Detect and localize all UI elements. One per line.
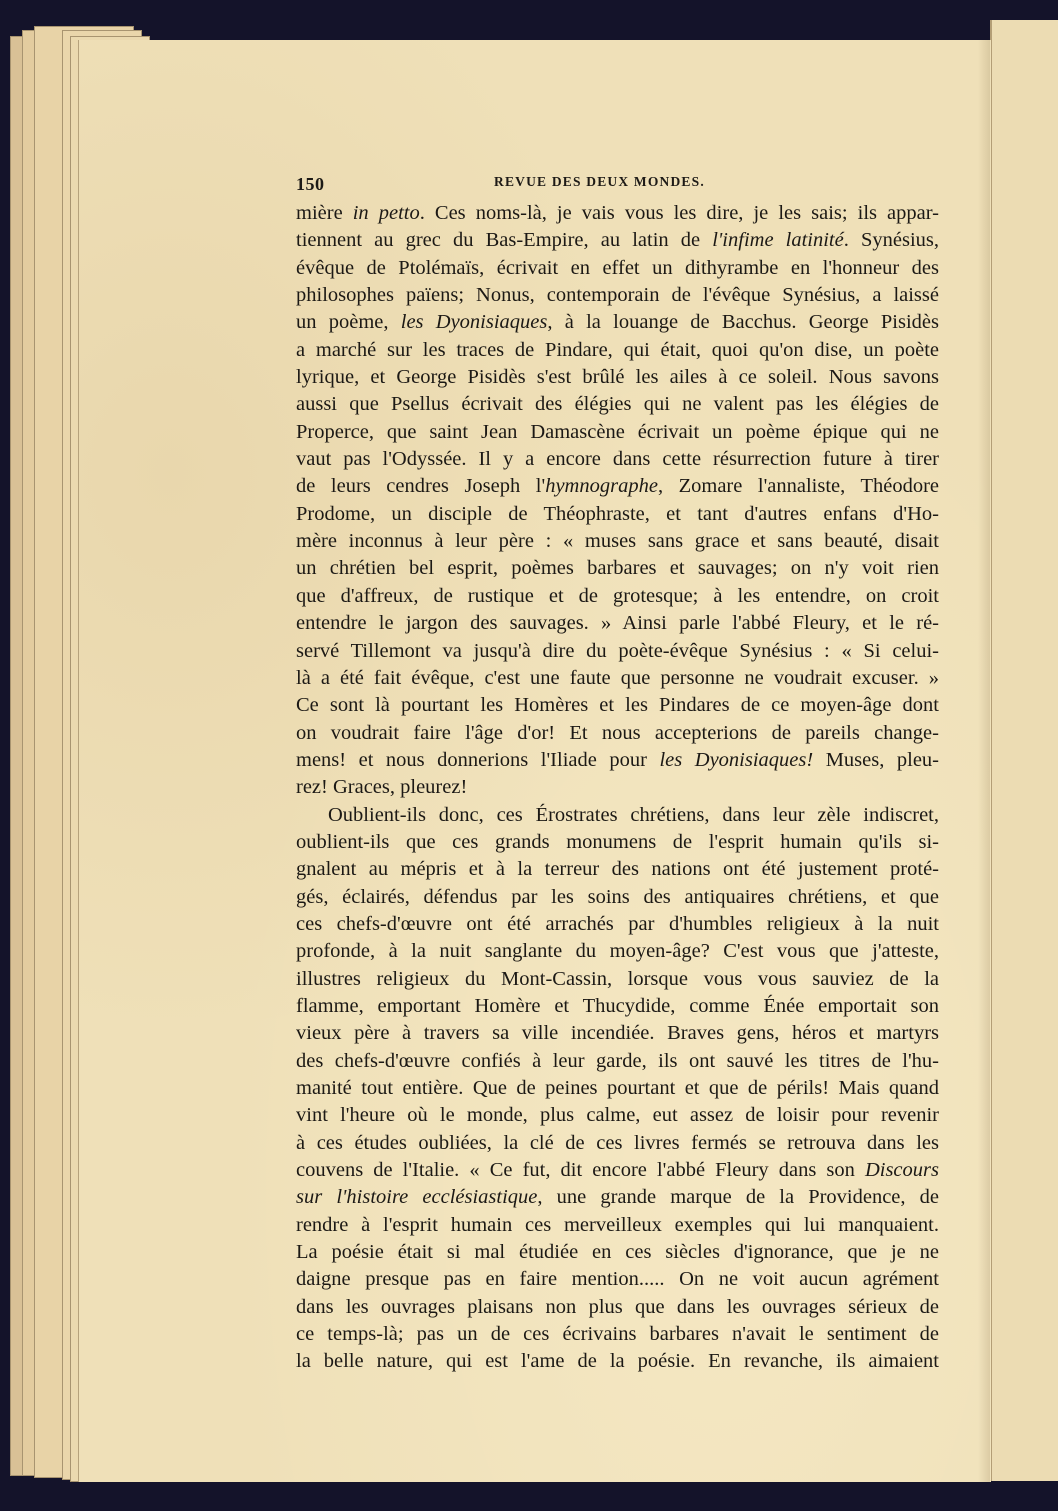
text-segment: manité tout entière. Que de peines pourt… <box>296 1077 939 1099</box>
italic-text: les Dyonisiaques <box>401 311 548 333</box>
text-segment: a marché sur les traces de Pindare, qui … <box>296 339 939 361</box>
text-segment: gés, éclairés, défendus par les soins de… <box>296 886 939 908</box>
text-segment: entendre le jargon des sauvages. » Ainsi… <box>296 612 939 634</box>
text-segment: flamme, emportant Homère et Thucydide, c… <box>296 995 939 1017</box>
text-segment: vint l'heure où le monde, plus calme, eu… <box>296 1104 939 1126</box>
italic-text: hymnographe <box>545 475 658 497</box>
text-segment: vaut pas l'Odyssée. Il y a encore dans c… <box>296 448 939 470</box>
text-segment: on voudrait faire l'âge d'or! Et nous ac… <box>296 722 939 744</box>
text-segment: mère inconnus à leur père : « muses sans… <box>296 530 939 552</box>
text-line: oublient-ils que ces grands monumens de … <box>296 829 939 856</box>
text-segment: ce temps-là; pas un de ces écrivains bar… <box>296 1323 939 1345</box>
text-line: mens! et nous donnerions l'Iliade pour l… <box>296 747 939 774</box>
text-segment: Prodome, un disciple de Théophraste, et … <box>296 503 939 525</box>
gutter-shadow <box>978 40 990 1482</box>
text-segment: un poème, <box>296 311 401 333</box>
text-line: mère inconnus à leur père : « muses sans… <box>296 528 939 555</box>
text-segment: là a été fait évêque, c'est une faute qu… <box>296 667 939 689</box>
text-line: rendre à l'esprit humain ces merveilleux… <box>296 1212 939 1239</box>
text-line: vieux père à travers sa ville incendiée.… <box>296 1020 939 1047</box>
text-line: des chefs-d'œuvre confiés à leur garde, … <box>296 1048 939 1075</box>
text-line: ces chefs-d'œuvre ont été arrachés par d… <box>296 911 939 938</box>
text-line: profonde, à la nuit sanglante du moyen-â… <box>296 938 939 965</box>
body-text: mière in petto. Ces noms-là, je vais vou… <box>296 200 939 1376</box>
text-line: La poésie était si mal étudiée en ces si… <box>296 1239 939 1266</box>
italic-text: in petto <box>353 202 420 224</box>
text-line: à ces études oubliées, la clé de ces liv… <box>296 1130 939 1157</box>
text-line: couvens de l'Italie. « Ce fut, dit encor… <box>296 1157 939 1184</box>
text-segment: gnalent au mépris et à la terreur des na… <box>296 858 939 880</box>
text-line: daigne presque pas en faire mention.....… <box>296 1266 939 1293</box>
facing-page-edge <box>990 20 1058 1481</box>
italic-text: sur l'histoire ecclésiastique <box>296 1186 537 1208</box>
text-segment: des chefs-d'œuvre confiés à leur garde, … <box>296 1050 939 1072</box>
text-line: vint l'heure où le monde, plus calme, eu… <box>296 1102 939 1129</box>
text-line: lyrique, et George Pisidès s'est brûlé l… <box>296 364 939 391</box>
text-segment: vieux père à travers sa ville incendiée.… <box>296 1022 939 1044</box>
text-segment: daigne presque pas en faire mention.....… <box>296 1268 939 1290</box>
text-segment: La poésie était si mal étudiée en ces si… <box>296 1241 939 1263</box>
text-segment: rendre à l'esprit humain ces merveilleux… <box>296 1214 939 1236</box>
text-segment: illustres religieux du Mont-Cassin, lors… <box>296 968 939 990</box>
text-line: un poème, les Dyonisiaques, à la louange… <box>296 309 939 336</box>
text-line: Oublient-ils donc, ces Érostrates chréti… <box>296 802 939 829</box>
text-segment: aussi que Psellus écrivait des élégies q… <box>296 393 939 415</box>
text-line: gnalent au mépris et à la terreur des na… <box>296 856 939 883</box>
text-line: manité tout entière. Que de peines pourt… <box>296 1075 939 1102</box>
text-segment: mière <box>296 202 353 224</box>
text-segment: , à la louange de Bacchus. George Pisidè… <box>547 311 939 333</box>
text-segment: couvens de l'Italie. « Ce fut, dit encor… <box>296 1159 865 1181</box>
text-line: que d'affreux, de rustique et de grotesq… <box>296 583 939 610</box>
text-line: Ce sont là pourtant les Homères et les P… <box>296 692 939 719</box>
text-segment: profonde, à la nuit sanglante du moyen-â… <box>296 940 939 962</box>
italic-text: les Dyonisiaques! <box>659 749 813 771</box>
text-segment: . Ces noms-là, je vais vous les dire, je… <box>420 202 939 224</box>
text-segment: évêque de Ptolémaïs, écrivait en effet u… <box>296 257 939 279</box>
text-segment: philosophes païens; Nonus, contemporain … <box>296 284 939 306</box>
text-line: entendre le jargon des sauvages. » Ainsi… <box>296 610 939 637</box>
text-line: servé Tillemont va jusqu'à dire du poète… <box>296 638 939 665</box>
text-segment: ces chefs-d'œuvre ont été arrachés par d… <box>296 913 939 935</box>
text-segment: , une grande marque de la Providence, de <box>537 1186 939 1208</box>
text-line: gés, éclairés, défendus par les soins de… <box>296 884 939 911</box>
text-segment: à ces études oubliées, la clé de ces liv… <box>296 1132 939 1154</box>
text-segment: dans les ouvrages plaisans non plus que … <box>296 1296 939 1318</box>
text-line: tiennent au grec du Bas-Empire, au latin… <box>296 227 939 254</box>
text-segment: Oublient-ils donc, ces Érostrates chréti… <box>328 804 939 826</box>
text-segment: oublient-ils que ces grands monumens de … <box>296 831 939 853</box>
text-segment: la belle nature, qui est l'ame de la poé… <box>296 1350 939 1372</box>
text-segment: Properce, que saint Jean Damascène écriv… <box>296 421 939 443</box>
text-line: rez! Graces, pleurez! <box>296 774 939 801</box>
italic-text: l'infime latinité <box>712 229 844 251</box>
text-segment: . Synésius, <box>844 229 939 251</box>
text-segment: de leurs cendres Joseph l' <box>296 475 545 497</box>
text-line: aussi que Psellus écrivait des élégies q… <box>296 391 939 418</box>
text-line: Properce, que saint Jean Damascène écriv… <box>296 419 939 446</box>
text-segment: lyrique, et George Pisidès s'est brûlé l… <box>296 366 939 388</box>
running-header: 150 REVUE DES DEUX MONDES. <box>296 172 941 196</box>
text-segment: rez! Graces, pleurez! <box>296 776 467 798</box>
text-line: un chrétien bel esprit, poèmes barbares … <box>296 555 939 582</box>
text-line: ce temps-là; pas un de ces écrivains bar… <box>296 1321 939 1348</box>
running-title: REVUE DES DEUX MONDES. <box>494 174 705 190</box>
text-line: flamme, emportant Homère et Thucydide, c… <box>296 993 939 1020</box>
text-segment: mens! et nous donnerions l'Iliade pour <box>296 749 659 771</box>
italic-text: Discours <box>865 1159 939 1181</box>
text-line: sur l'histoire ecclésiastique, une grand… <box>296 1184 939 1211</box>
text-line: dans les ouvrages plaisans non plus que … <box>296 1294 939 1321</box>
text-line: mière in petto. Ces noms-là, je vais vou… <box>296 200 939 227</box>
text-line: vaut pas l'Odyssée. Il y a encore dans c… <box>296 446 939 473</box>
text-segment: un chrétien bel esprit, poèmes barbares … <box>296 557 939 579</box>
page-number: 150 <box>296 174 325 195</box>
text-line: là a été fait évêque, c'est une faute qu… <box>296 665 939 692</box>
text-line: de leurs cendres Joseph l'hymnographe, Z… <box>296 473 939 500</box>
text-line: évêque de Ptolémaïs, écrivait en effet u… <box>296 255 939 282</box>
text-segment: tiennent au grec du Bas-Empire, au latin… <box>296 229 712 251</box>
text-line: a marché sur les traces de Pindare, qui … <box>296 337 939 364</box>
text-line: illustres religieux du Mont-Cassin, lors… <box>296 966 939 993</box>
text-line: Prodome, un disciple de Théophraste, et … <box>296 501 939 528</box>
text-line: la belle nature, qui est l'ame de la poé… <box>296 1348 939 1375</box>
text-segment: servé Tillemont va jusqu'à dire du poète… <box>296 640 939 662</box>
text-segment: Ce sont là pourtant les Homères et les P… <box>296 694 939 716</box>
text-segment: que d'affreux, de rustique et de grotesq… <box>296 585 939 607</box>
text-segment: , Zomare l'annaliste, Théodore <box>658 475 939 497</box>
text-segment: Muses, pleu- <box>813 749 939 771</box>
text-line: on voudrait faire l'âge d'or! Et nous ac… <box>296 720 939 747</box>
text-line: philosophes païens; Nonus, contemporain … <box>296 282 939 309</box>
